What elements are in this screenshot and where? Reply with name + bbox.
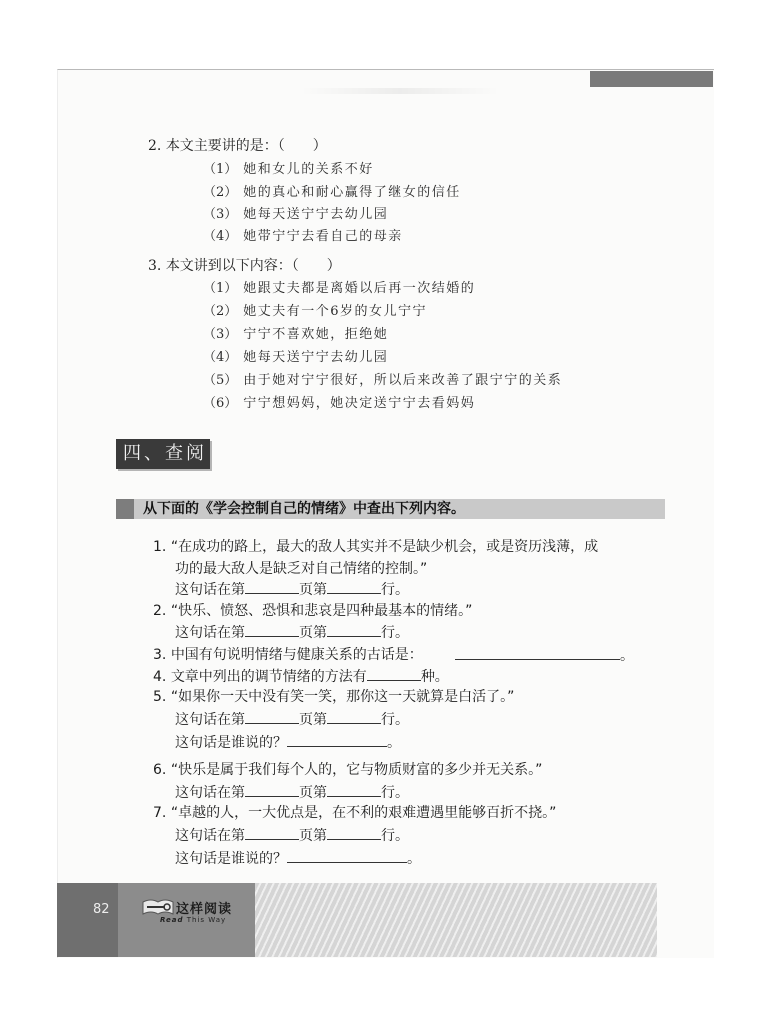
line-blank[interactable] xyxy=(327,710,381,724)
question-2-option-4[interactable]: （4）她带宁宁去看自己的母亲 xyxy=(203,229,403,244)
question-3-prompt: 3. 本文讲到以下内容：（ ） xyxy=(148,258,341,274)
page-number: 82 xyxy=(93,902,110,917)
line-word: 行。 xyxy=(381,785,409,801)
answer-prefix: 这句话在第 xyxy=(175,785,245,801)
option-label: （6） xyxy=(203,396,237,411)
item-question: 文章中列出的调节情绪的方法有 xyxy=(171,669,367,685)
line-word: 行。 xyxy=(381,828,409,844)
page-word: 页第 xyxy=(299,625,327,641)
option-label: （4） xyxy=(203,229,237,244)
item-suffix: 种。 xyxy=(421,669,449,685)
option-text: 宁宁不喜欢她，拒绝她 xyxy=(243,327,388,342)
answer-prefix: 这句话在第 xyxy=(175,625,245,641)
page-word: 页第 xyxy=(299,582,327,598)
who-said-prompt: 这句话是谁说的？ xyxy=(175,735,287,751)
question-3-option-6[interactable]: （6）宁宁想妈妈，她决定送宁宁去看妈妈 xyxy=(203,396,475,411)
page-word: 页第 xyxy=(299,785,327,801)
item-quote: “卓越的人，一大优点是，在不利的艰难遭遇里能够百折不挠。” xyxy=(171,805,557,821)
answer-prefix: 这句话在第 xyxy=(175,712,245,728)
period: 。 xyxy=(620,648,634,664)
item-number: 2. xyxy=(153,603,166,619)
lookup-item-6: 6. “快乐是属于我们每个人的，它与物质财富的多少并无关系。” xyxy=(153,761,542,779)
line-word: 行。 xyxy=(381,625,409,641)
page-blank[interactable] xyxy=(245,710,299,724)
page-blank[interactable] xyxy=(245,783,299,797)
item-quote: “快乐、愤怒、恐惧和悲哀是四种最基本的情绪。” xyxy=(171,603,473,619)
page-word: 页第 xyxy=(299,828,327,844)
question-text: 本文讲到以下内容：（ ） xyxy=(166,258,341,274)
question-number: 2. xyxy=(148,138,161,154)
item-number: 3. xyxy=(153,647,166,663)
option-text: 她丈夫有一个6岁的女儿宁宁 xyxy=(243,304,427,319)
question-2-option-2[interactable]: （2）她的真心和耐心赢得了继女的信任 xyxy=(203,185,461,200)
answer-prefix: 这句话在第 xyxy=(175,582,245,598)
speaker-blank[interactable] xyxy=(287,849,407,863)
count-blank[interactable] xyxy=(367,667,421,681)
item-quote: “如果你一天中没有笑一笑，那你这一天就算是白活了。” xyxy=(171,689,515,705)
speaker-blank[interactable] xyxy=(287,733,387,747)
line-word: 行。 xyxy=(381,712,409,728)
lookup-item-7-answer: 这句话在第页第行。 xyxy=(175,826,409,845)
item-quote: “快乐是属于我们每个人的，它与物质财富的多少并无关系。” xyxy=(171,762,543,778)
section-heading-badge: 四、查阅 xyxy=(116,439,210,469)
page-blank[interactable] xyxy=(245,826,299,840)
book-title-en-bold: Read xyxy=(160,916,184,924)
option-text: 她每天送宁宁去幼儿园 xyxy=(243,350,388,365)
option-text: 她和女儿的关系不好 xyxy=(243,162,374,177)
question-2-option-3[interactable]: （3）她每天送宁宁去幼儿园 xyxy=(203,207,388,222)
footer-page-number-block xyxy=(57,883,118,957)
line-word: 行。 xyxy=(381,582,409,598)
option-label: （2） xyxy=(203,304,237,319)
lookup-item-4: 4. 文章中列出的调节情绪的方法有种。 xyxy=(153,667,449,686)
lookup-item-1-answer: 这句话在第页第行。 xyxy=(175,580,409,599)
question-3-option-3[interactable]: （3）宁宁不喜欢她，拒绝她 xyxy=(203,327,388,342)
line-blank[interactable] xyxy=(327,783,381,797)
lookup-item-5: 5. “如果你一天中没有笑一笑，那你这一天就算是白活了。” xyxy=(153,688,514,706)
book-title-en: Read This Way xyxy=(160,916,226,924)
header-tab-bar xyxy=(590,71,713,87)
option-label: （4） xyxy=(203,350,237,365)
option-label: （3） xyxy=(203,207,237,222)
bleed-through-header xyxy=(300,88,500,94)
item-number: 1. xyxy=(153,539,166,555)
instruction-bar-marker xyxy=(116,499,134,519)
option-label: （2） xyxy=(203,185,237,200)
item-question: 中国有句说明情绪与健康关系的古话是： xyxy=(171,647,423,663)
question-3-option-4[interactable]: （4）她每天送宁宁去幼儿园 xyxy=(203,350,388,365)
page-word: 页第 xyxy=(299,712,327,728)
book-key-icon xyxy=(141,897,175,917)
book-title-en-rest: This Way xyxy=(187,916,226,924)
question-2-option-1[interactable]: （1）她和女儿的关系不好 xyxy=(203,162,374,177)
saying-blank[interactable] xyxy=(455,646,620,660)
option-text: 她的真心和耐心赢得了继女的信任 xyxy=(243,185,461,200)
lookup-item-5-speaker: 这句话是谁说的？。 xyxy=(175,733,401,752)
option-text: 宁宁想妈妈，她决定送宁宁去看妈妈 xyxy=(243,396,475,411)
instruction-text: 从下面的《学会控制自己的情绪》中查出下列内容。 xyxy=(143,500,465,518)
lookup-item-6-answer: 这句话在第页第行。 xyxy=(175,783,409,802)
period: 。 xyxy=(407,851,421,867)
option-label: （5） xyxy=(203,373,237,388)
lookup-item-3: 3. 中国有句说明情绪与健康关系的古话是： xyxy=(153,646,423,664)
option-label: （1） xyxy=(203,162,237,177)
book-title-cn: 这样阅读 xyxy=(176,898,232,917)
lookup-item-1-line2: 功的最大敌人是缺乏对自己情绪的控制。” xyxy=(175,560,427,578)
option-label: （3） xyxy=(203,327,237,342)
option-text: 她带宁宁去看自己的母亲 xyxy=(243,229,403,244)
lookup-item-7-speaker: 这句话是谁说的？。 xyxy=(175,849,421,868)
line-blank[interactable] xyxy=(327,580,381,594)
option-text: 她跟丈夫都是离婚以后再一次结婚的 xyxy=(243,281,475,296)
question-text: 本文主要讲的是：（ ） xyxy=(166,138,327,154)
period: 。 xyxy=(387,735,401,751)
lookup-item-5-answer: 这句话在第页第行。 xyxy=(175,710,409,729)
item-number: 4. xyxy=(153,669,166,685)
option-text: 由于她对宁宁很好，所以后来改善了跟宁宁的关系 xyxy=(243,373,562,388)
line-blank[interactable] xyxy=(327,826,381,840)
item-number: 7. xyxy=(153,805,166,821)
lookup-item-7: 7. “卓越的人，一大优点是，在不利的艰难遭遇里能够百折不挠。” xyxy=(153,804,556,822)
answer-prefix: 这句话在第 xyxy=(175,828,245,844)
lookup-item-3-answer: 。 xyxy=(455,646,634,665)
footer-stripe-band xyxy=(255,883,657,957)
lookup-item-1: 1. “在成功的路上，最大的敌人其实并不是缺少机会，或是资历浅薄，成 xyxy=(153,538,598,556)
question-3-option-5[interactable]: （5）由于她对宁宁很好，所以后来改善了跟宁宁的关系 xyxy=(203,373,562,388)
option-text: 她每天送宁宁去幼儿园 xyxy=(243,207,388,222)
page-blank[interactable] xyxy=(245,580,299,594)
option-label: （1） xyxy=(203,281,237,296)
item-number: 5. xyxy=(153,689,166,705)
item-quote-line1: “在成功的路上，最大的敌人其实并不是缺少机会，或是资历浅薄，成 xyxy=(171,539,598,555)
line-blank[interactable] xyxy=(327,623,381,637)
question-3-option-2[interactable]: （2）她丈夫有一个6岁的女儿宁宁 xyxy=(203,304,427,319)
question-2-prompt: 2. 本文主要讲的是：（ ） xyxy=(148,138,327,154)
who-said-prompt: 这句话是谁说的？ xyxy=(175,851,287,867)
page-blank[interactable] xyxy=(245,623,299,637)
question-number: 3. xyxy=(148,258,161,274)
lookup-item-2: 2. “快乐、愤怒、恐惧和悲哀是四种最基本的情绪。” xyxy=(153,602,472,620)
item-number: 6. xyxy=(153,762,166,778)
lookup-item-2-answer: 这句话在第页第行。 xyxy=(175,623,409,642)
question-3-option-1[interactable]: （1）她跟丈夫都是离婚以后再一次结婚的 xyxy=(203,281,475,296)
